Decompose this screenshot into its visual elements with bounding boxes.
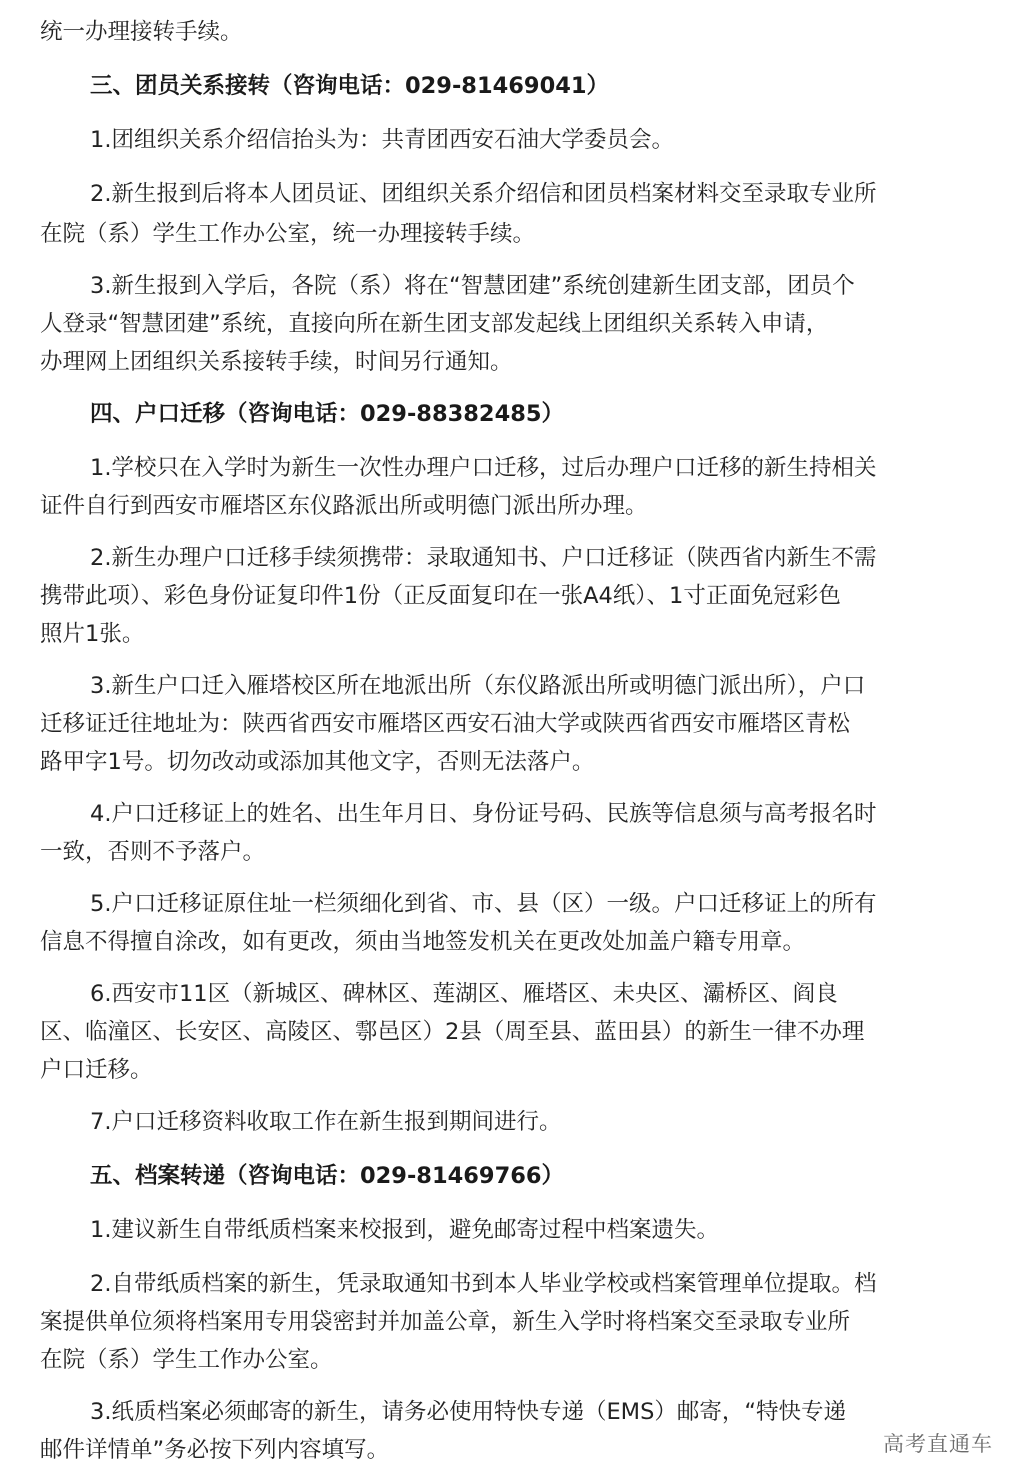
paragraph-line: 信息不得擅自涂改，如有更改，须由当地签发机关在更改处加盖户籍专用章。 (40, 924, 805, 960)
paragraph-line: 照片1张。 (40, 616, 144, 652)
paragraph-line: 统一办理接转手续。 (40, 14, 243, 50)
paragraph-line: 1.建议新生自带纸质档案来校报到，避免邮寄过程中档案遗失。 (90, 1212, 719, 1248)
paragraph-line: 在院（系）学生工作办公室，统一办理接转手续。 (40, 216, 535, 252)
paragraph-line: 证件自行到西安市雁塔区东仪路派出所或明德门派出所办理。 (40, 488, 648, 524)
section-heading: 三、团员关系接转（咨询电话：029-81469041） (90, 68, 609, 104)
paragraph-line: 3.新生报到入学后，各院（系）将在“智慧团建”系统创建新生团支部，团员个 (90, 268, 855, 304)
watermark: 高考直通车 (883, 1428, 993, 1458)
paragraph-line: 2.自带纸质档案的新生，凭录取通知书到本人毕业学校或档案管理单位提取。档 (90, 1266, 876, 1302)
paragraph-line: 2.新生办理户口迁移手续须携带：录取通知书、户口迁移证（陕西省内新生不需 (90, 540, 876, 576)
paragraph-line: 路甲字1号。切勿改动或添加其他文字，否则无法落户。 (40, 744, 594, 780)
paragraph-line: 1.学校只在入学时为新生一次性办理户口迁移，过后办理户口迁移的新生持相关 (90, 450, 876, 486)
paragraph-line: 1.团组织关系介绍信抬头为：共青团西安石油大学委员会。 (90, 122, 674, 158)
paragraph-line: 邮件详情单”务必按下列内容填写。 (40, 1432, 389, 1468)
paragraph-line: 办理网上团组织关系接转手续，时间另行通知。 (40, 344, 513, 380)
paragraph-line: 户口迁移。 (40, 1052, 153, 1088)
paragraph-line: 2.新生报到后将本人团员证、团组织关系介绍信和团员档案材料交至录取专业所 (90, 176, 876, 212)
paragraph-line: 3.新生户口迁入雁塔校区所在地派出所（东仪路派出所或明德门派出所），户口 (90, 668, 865, 704)
paragraph-line: 一致，否则不予落户。 (40, 834, 265, 870)
paragraph-line: 案提供单位须将档案用专用袋密封并加盖公章，新生入学时将档案交至录取专业所 (40, 1304, 850, 1340)
paragraph-line: 5.户口迁移证原住址一栏须细化到省、市、县（区）一级。户口迁移证上的所有 (90, 886, 876, 922)
section-heading: 四、户口迁移（咨询电话：029-88382485） (90, 396, 564, 432)
paragraph-line: 人登录“智慧团建”系统，直接向所在新生团支部发起线上团组织关系转入申请， (40, 306, 828, 342)
section-heading: 五、档案转递（咨询电话：029-81469766） (90, 1158, 564, 1194)
paragraph-line: 4.户口迁移证上的姓名、出生年月日、身份证号码、民族等信息须与高考报名时 (90, 796, 876, 832)
paragraph-line: 6.西安市11区（新城区、碑林区、莲湖区、雁塔区、未央区、灞桥区、阎良 (90, 976, 838, 1012)
paragraph-line: 7.户口迁移资料收取工作在新生报到期间进行。 (90, 1104, 561, 1140)
paragraph-line: 3.纸质档案必须邮寄的新生，请务必使用特快专递（EMS）邮寄，“特快专递 (90, 1394, 846, 1430)
paragraph-line: 携带此项）、彩色身份证复印件1份（正反面复印在一张A4纸）、1寸正面免冠彩色 (40, 578, 841, 614)
paragraph-line: 在院（系）学生工作办公室。 (40, 1342, 333, 1378)
paragraph-line: 区、临潼区、长安区、高陵区、鄠邑区）2县（周至县、蓝田县）的新生一律不办理 (40, 1014, 864, 1050)
paragraph-line: 迁移证迁往地址为：陕西省西安市雁塔区西安石油大学或陕西省西安市雁塔区青松 (40, 706, 850, 742)
